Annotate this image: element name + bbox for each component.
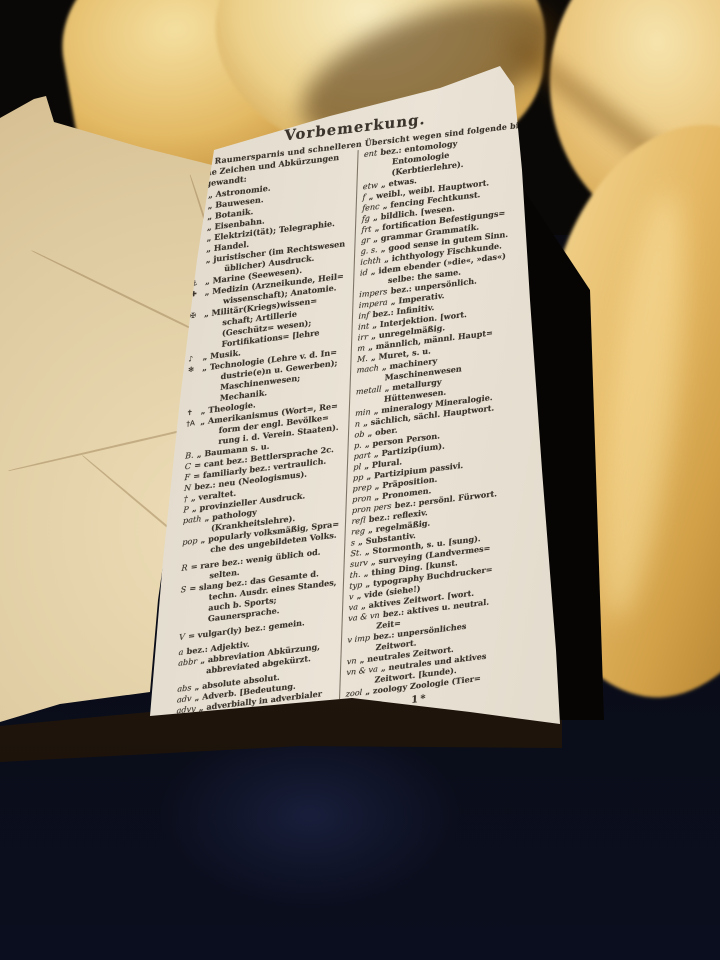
abbrev-label: m: [357, 342, 368, 353]
abbrev-label: id: [360, 267, 371, 278]
abbrev-label: ob: [354, 429, 368, 440]
abbrev-label: P: [183, 504, 192, 515]
abbrev-label: St.: [350, 547, 365, 558]
abbrev-label: v imp: [347, 632, 373, 645]
abbrev-list-right: entbez.: entomology Entomologie (Kerbtie…: [345, 132, 512, 700]
abbrev-label: irr: [358, 331, 372, 342]
abbrev-column-left: liche Zeichen und Abkürzungen angewandt:…: [174, 150, 358, 796]
abbrev-label: metall: [356, 384, 385, 397]
abbrev-label: path: [183, 513, 205, 525]
abbrev-label: typ: [349, 579, 366, 591]
abbreviation-columns: liche Zeichen und Abkürzungen angewandt:…: [174, 132, 514, 797]
abbrev-label: C: [185, 461, 195, 472]
abbrev-label: pl: [353, 461, 364, 472]
abbrev-label: inf: [358, 310, 372, 321]
abbrev-label: M.: [357, 353, 371, 364]
photo-book-scene: Vorbemerkung. Der Raumersparnis und schn…: [0, 0, 720, 960]
abbrev-label: int: [358, 320, 373, 331]
abbrev-label: B.: [185, 450, 197, 461]
abbrev-label: R: [181, 562, 191, 573]
symbol-legend-list: ★„ Astronomie. ⌂„ Bauwesen. ✽„ Botanik. …: [185, 173, 353, 451]
abbrev-label: frt: [361, 223, 375, 234]
abbrev-label: mach: [357, 362, 383, 375]
abbrev-label: ent: [364, 147, 381, 159]
abbrev-label: zool: [346, 687, 366, 699]
abbrev-label: va: [348, 601, 361, 612]
abbrev-label: th.: [350, 569, 365, 580]
category-symbol-icon: ✠: [190, 309, 205, 321]
abbrev-label: pp: [353, 472, 367, 483]
abbrev-label: abbr: [178, 656, 201, 668]
abbrev-label: pop: [182, 535, 201, 547]
abbrev-column-right: entbez.: entomology Entomologie (Kerbtie…: [336, 132, 512, 777]
abbrev-label: vn: [347, 655, 360, 666]
category-symbol-icon: †A: [186, 417, 201, 429]
category-symbol-icon: ✻: [188, 363, 203, 375]
abbrev-label: gr: [361, 234, 374, 245]
abbrev-label: p.: [354, 440, 365, 451]
page-text-block: Vorbemerkung. Der Raumersparnis und schn…: [174, 101, 515, 797]
